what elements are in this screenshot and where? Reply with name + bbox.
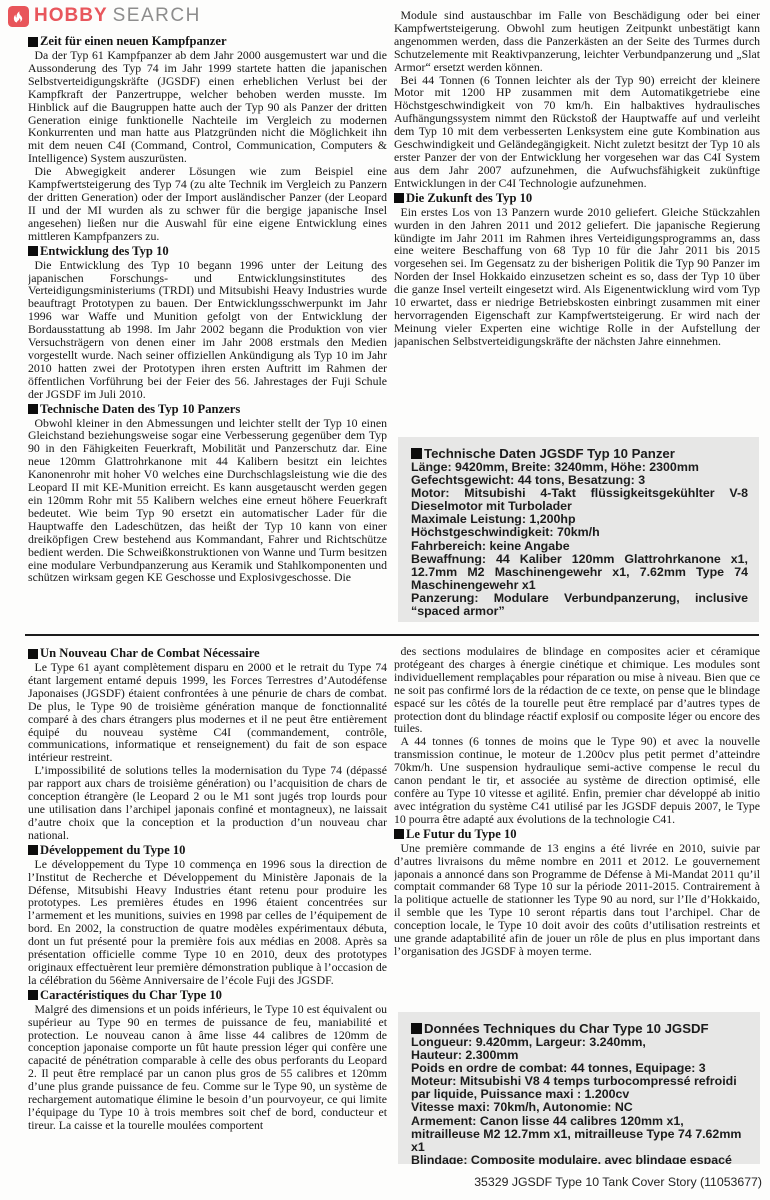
section-heading-text: Zeit für einen neuen Kampfpanzer (40, 34, 227, 49)
section-heading-text: Un Nouveau Char de Combat Nécessaire (40, 646, 260, 661)
section-heading-text: Le Futur du Type 10 (406, 827, 517, 842)
section-heading-text: Die Zukunft des Typ 10 (406, 191, 532, 206)
square-bullet-icon (394, 193, 404, 203)
section-divider (25, 634, 759, 636)
square-bullet-icon (28, 37, 38, 47)
section-heading-text: Développement du Type 10 (40, 843, 185, 858)
section-heading: Technische Daten des Typ 10 Panzers (28, 402, 387, 417)
section-heading: Le Futur du Type 10 (394, 827, 760, 842)
spec-line: Armement: Canon lisse 44 calibres 120mm … (411, 1115, 749, 1154)
paragraph: Bei 44 Tonnen (6 Tonnen leichter als der… (394, 74, 760, 190)
hobby-search-logo: HOBBY SEARCH (8, 5, 201, 27)
paragraph: Ein erstes Los von 13 Panzern wurde 2010… (394, 206, 760, 348)
french-text-column-right: des sections modulaires de blindage en c… (394, 645, 760, 1011)
logo-text-hobby: HOBBY (34, 5, 108, 27)
section-heading: Caractéristiques du Char Type 10 (28, 988, 387, 1003)
logo-text-search: SEARCH (113, 5, 201, 27)
square-bullet-icon (394, 829, 404, 839)
paragraph: Le Type 61 ayant complètement disparu en… (28, 661, 387, 764)
french-text-column-left: Un Nouveau Char de Combat NécessaireLe T… (28, 645, 387, 1172)
german-specs-title: Technische Daten JGSDF Typ 10 Panzer (411, 446, 748, 461)
paragraph: Malgré des dimensions et un poids inféri… (28, 1003, 387, 1132)
paragraph: L’impossibilité de solutions telles la m… (28, 764, 387, 841)
german-text-column-left: Zeit für einen neuen KampfpanzerDa der T… (28, 33, 387, 633)
section-heading: Die Zukunft des Typ 10 (394, 191, 760, 206)
section-heading: Un Nouveau Char de Combat Nécessaire (28, 646, 387, 661)
square-bullet-icon (28, 990, 38, 1000)
square-bullet-icon (28, 404, 38, 414)
paragraph: Die Entwicklung des Typ 10 begann 1996 u… (28, 259, 387, 401)
hobby-search-flame-icon (8, 6, 29, 27)
german-specs-box: Technische Daten JGSDF Typ 10 Panzer Län… (398, 437, 759, 622)
section-heading: Développement du Type 10 (28, 843, 387, 858)
product-footer-line: 35329 JGSDF Type 10 Tank Cover Story (11… (474, 1175, 762, 1189)
square-bullet-icon (28, 246, 38, 256)
german-text-column-right: Module sind austauschbar im Falle von Be… (394, 9, 760, 436)
french-specs-box: Données Techniques du Char Type 10 JGSDF… (398, 1012, 760, 1164)
german-specs-lines: Länge: 9420mm, Breite: 3240mm, Höhe: 230… (411, 461, 748, 618)
spec-line: Vitesse maxi: 70km/h, Autonomie: NC (411, 1101, 749, 1114)
spec-line: Panzerung: Modulare Verbundpanzerung, in… (411, 592, 748, 618)
paragraph: Le développement du Type 10 commença en … (28, 858, 387, 987)
square-bullet-icon (411, 448, 422, 459)
french-specs-lines: Longueur: 9.420mm, Largeur: 3.240mm,Haut… (411, 1036, 749, 1164)
spec-line: Fahrbereich: keine Angabe (411, 540, 748, 553)
square-bullet-icon (411, 1023, 422, 1034)
french-specs-title: Données Techniques du Char Type 10 JGSDF (411, 1021, 749, 1036)
spec-line: Blindage: Composite modulaire, avec blin… (411, 1154, 749, 1164)
paragraph: Da der Typ 61 Kampfpanzer ab dem Jahr 20… (28, 49, 387, 165)
section-heading-text: Entwicklung des Typ 10 (40, 244, 169, 259)
section-heading: Zeit für einen neuen Kampfpanzer (28, 34, 387, 49)
section-heading: Entwicklung des Typ 10 (28, 244, 387, 259)
paragraph: des sections modulaires de blindage en c… (394, 645, 760, 735)
spec-line: Höchstgeschwindigkeit: 70km/h (411, 526, 748, 539)
paragraph: Obwohl kleiner in den Abmessungen und le… (28, 417, 387, 585)
german-specs-title-text: Technische Daten JGSDF Typ 10 Panzer (424, 446, 675, 461)
square-bullet-icon (28, 845, 38, 855)
paragraph: Die Abwegigkeit anderer Lösungen wie zum… (28, 165, 387, 242)
spec-line: Bewaffnung: 44 Kaliber 120mm Glattrohrka… (411, 553, 748, 592)
paragraph: A 44 tonnes (6 tonnes de moins que le Ty… (394, 735, 760, 825)
spec-line: Motor: Mitsubishi 4-Takt flüssigkeitsgek… (411, 487, 748, 513)
paragraph: Une première commande de 13 engins a été… (394, 842, 760, 958)
french-specs-title-text: Données Techniques du Char Type 10 JGSDF (424, 1021, 709, 1036)
section-heading-text: Caractéristiques du Char Type 10 (40, 988, 222, 1003)
document-page: HOBBY SEARCH Zeit für einen neuen Kampfp… (0, 0, 770, 1200)
paragraph: Module sind austauschbar im Falle von Be… (394, 9, 760, 74)
square-bullet-icon (28, 649, 38, 659)
section-heading-text: Technische Daten des Typ 10 Panzers (40, 402, 240, 417)
spec-line: Moteur: Mitsubishi V8 4 temps turbocompr… (411, 1075, 749, 1101)
